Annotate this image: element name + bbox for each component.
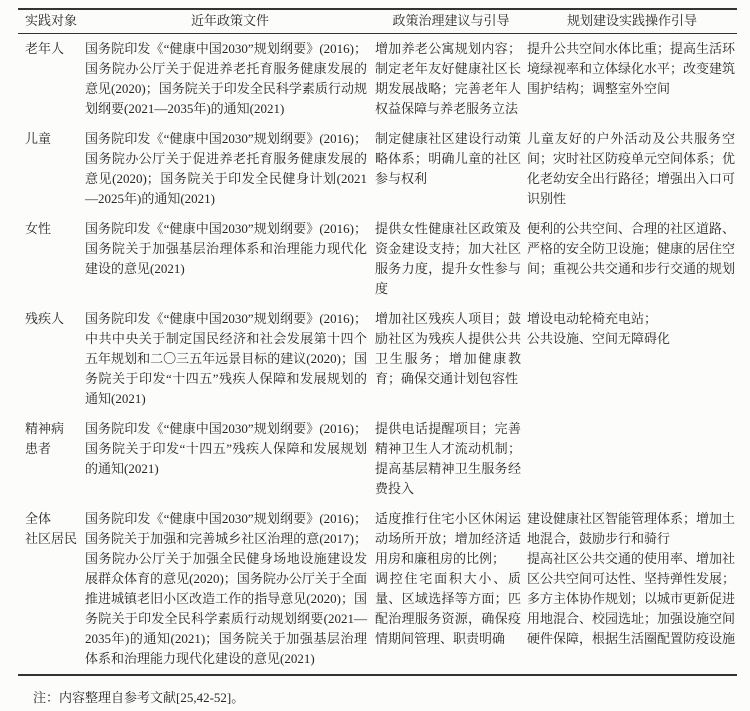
cell-policies: 国务院印发《“健康中国2030”规划纲要》(2016)；国务院办公厅关于促进养老… (85, 39, 375, 119)
header-cell-policies: 近年政策文件 (85, 14, 375, 28)
cell-governance: 增加社区残疾人项目；鼓励社区为残疾人提供公共卫生服务；增加健康教育；确保交通计划… (375, 309, 527, 409)
header-cell-governance: 政策治理建议与引导 (375, 14, 527, 28)
cell-subject: 残疾人 (18, 309, 85, 409)
cell-governance: 增加养老公寓规划内容；制定老年友好健康社区长期发展战略；完善老年人权益保障与养老… (375, 39, 527, 119)
cell-policies: 国务院印发《“健康中国2030”规划纲要》(2016)；国务院办公厅关于促进养老… (85, 129, 375, 209)
cell-subject: 儿童 (18, 129, 85, 209)
cell-governance: 提供女性健康社区政策及资金建设支持；加大社区服务力度，提升女性参与度 (375, 219, 527, 299)
cell-governance: 提供电话提醒项目；完善精神卫生人才流动机制；提高基层精神卫生服务经费投入 (375, 419, 527, 499)
cell-subject: 全体 社区居民 (18, 509, 85, 669)
cell-planning: 建设健康社区智能管理体系；增加土地混合，鼓励步行和骑行 提高社区公共交通的使用率… (527, 509, 737, 669)
cell-planning: 便利的公共空间、合理的社区道路、严格的安全防卫设施；健康的居住空间；重视公共交通… (527, 219, 737, 299)
header-cell-planning: 规划建设实践操作引导 (527, 14, 737, 28)
header-cell-subject: 实践对象 (18, 14, 85, 28)
cell-governance: 制定健康社区建设行动策略体系；明确儿童的社区参与权利 (375, 129, 527, 209)
table-row-all-residents: 全体 社区居民 国务院印发《“健康中国2030”规划纲要》(2016)；国务院关… (18, 504, 737, 674)
cell-planning: 增设电动轮椅充电站； 公共设施、空间无障碍化 (527, 309, 737, 409)
table-header-row: 实践对象 近年政策文件 政策治理建议与引导 规划建设实践操作引导 (18, 10, 737, 34)
table-row-elderly: 老年人 国务院印发《“健康中国2030”规划纲要》(2016)；国务院办公厅关于… (18, 34, 737, 124)
table-row-children: 儿童 国务院印发《“健康中国2030”规划纲要》(2016)；国务院办公厅关于促… (18, 124, 737, 214)
cell-policies: 国务院印发《“健康中国2030”规划纲要》(2016)；国务院关于印发“十四五”… (85, 419, 375, 499)
cell-subject: 老年人 (18, 39, 85, 119)
table-row-women: 女性 国务院印发《“健康中国2030”规划纲要》(2016)；国务院关于加强基层… (18, 214, 737, 304)
cell-policies: 国务院印发《“健康中国2030”规划纲要》(2016)；国务院关于加强和完善城乡… (85, 509, 375, 669)
table-row-disabled: 残疾人 国务院印发《“健康中国2030”规划纲要》(2016)；中共中央关于制定… (18, 304, 737, 414)
policy-table: 实践对象 近年政策文件 政策治理建议与引导 规划建设实践操作引导 老年人 国务院… (18, 8, 737, 676)
cell-governance: 适度推行住宅小区休闲运动场所开放；增加经济适用房和廉租房的比例； 调控住宅面积大… (375, 509, 527, 669)
cell-planning: 提升公共空间水体比重；提高生活环境绿视率和立体绿化水平；改变建筑围护结构；调整室… (527, 39, 737, 119)
cell-policies: 国务院印发《“健康中国2030”规划纲要》(2016)；中共中央关于制定国民经济… (85, 309, 375, 409)
cell-subject: 女性 (18, 219, 85, 299)
cell-subject: 精神病 患者 (18, 419, 85, 499)
cell-planning: 儿童友好的户外活动及公共服务空间；灾时社区防疫单元空间体系；优化老幼安全出行路径… (527, 129, 737, 209)
table-footnote: 注：内容整理自参考文献[25,42-52]。 (18, 689, 737, 707)
cell-policies: 国务院印发《“健康中国2030”规划纲要》(2016)；国务院关于加强基层治理体… (85, 219, 375, 299)
paper-table-page: 实践对象 近年政策文件 政策治理建议与引导 规划建设实践操作引导 老年人 国务院… (0, 0, 750, 711)
cell-planning (527, 419, 737, 499)
table-row-mental-patients: 精神病 患者 国务院印发《“健康中国2030”规划纲要》(2016)；国务院关于… (18, 414, 737, 504)
